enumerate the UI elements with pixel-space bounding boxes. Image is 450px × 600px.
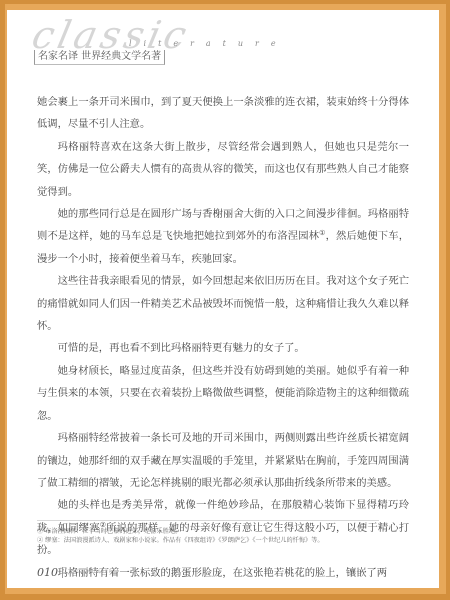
paragraph: 她的那些同行总是在圆形广场与香榭丽舍大街的入口之间漫步徘徊。玛格丽特则不是这样，… <box>37 203 409 270</box>
footnotes: ① 布洛涅园林：位于当时巴黎的近郊，是游乐胜地。 ② 缪塞：法国浪漫派诗人、戏剧… <box>37 527 409 545</box>
book-frame: classic literature 名家名译 世界经典文学名著 她会裹上一条开… <box>0 0 450 600</box>
series-title: 名家名译 世界经典文学名著 <box>34 50 165 65</box>
page-footer: 010 PAGE NUMBER <box>37 567 113 578</box>
paragraph: 她身材颀长，略显过度苗条，但这些并没有妨碍到她的美丽。她似乎有着一种与生俱来的本… <box>37 360 409 427</box>
page-number-label: PAGE NUMBER <box>69 570 113 575</box>
page-number: 010 <box>37 567 63 578</box>
page-header: classic literature 名家名译 世界经典文学名著 <box>7 10 439 70</box>
footnote-divider <box>37 520 379 521</box>
decor-classic-word: classic <box>29 16 194 54</box>
paragraph: 她会裹上一条开司米围巾，到了夏天便换上一条淡雅的连衣裙，装束始终十分得体低调，尽… <box>37 91 409 136</box>
paragraph: 玛格丽特经常披着一条长可及地的开司米围巾，两侧则露出些许丝质长裙宽阔的镶边，她那… <box>37 427 409 494</box>
body-text: 她会裹上一条开司米围巾，到了夏天便换上一条淡雅的连衣裙，装束始终十分得体低调，尽… <box>37 91 409 584</box>
paragraph: 这些往昔我亲眼看见的情景，如今回想起来依旧历历在目。我对这个女子死亡的痛惜就如同… <box>37 270 409 337</box>
book-page: classic literature 名家名译 世界经典文学名著 她会裹上一条开… <box>7 10 439 588</box>
decor-literature-word: literature <box>129 40 288 48</box>
paragraph: 玛格丽特喜欢在这条大街上散步，尽管经常会遇到熟人，但她也只是莞尔一笑，仿佛是一位… <box>37 136 409 203</box>
footnote-1: ① 布洛涅园林：位于当时巴黎的近郊，是游乐胜地。 <box>37 527 409 536</box>
footnote-2: ② 缪塞：法国浪漫派诗人、戏剧家和小说家。作品有《四夜组诗》《罗朗萨乞》《一个世… <box>37 536 409 545</box>
paragraph: 可惜的是，再也看不到比玛格丽特更有魅力的女子了。 <box>37 337 409 359</box>
